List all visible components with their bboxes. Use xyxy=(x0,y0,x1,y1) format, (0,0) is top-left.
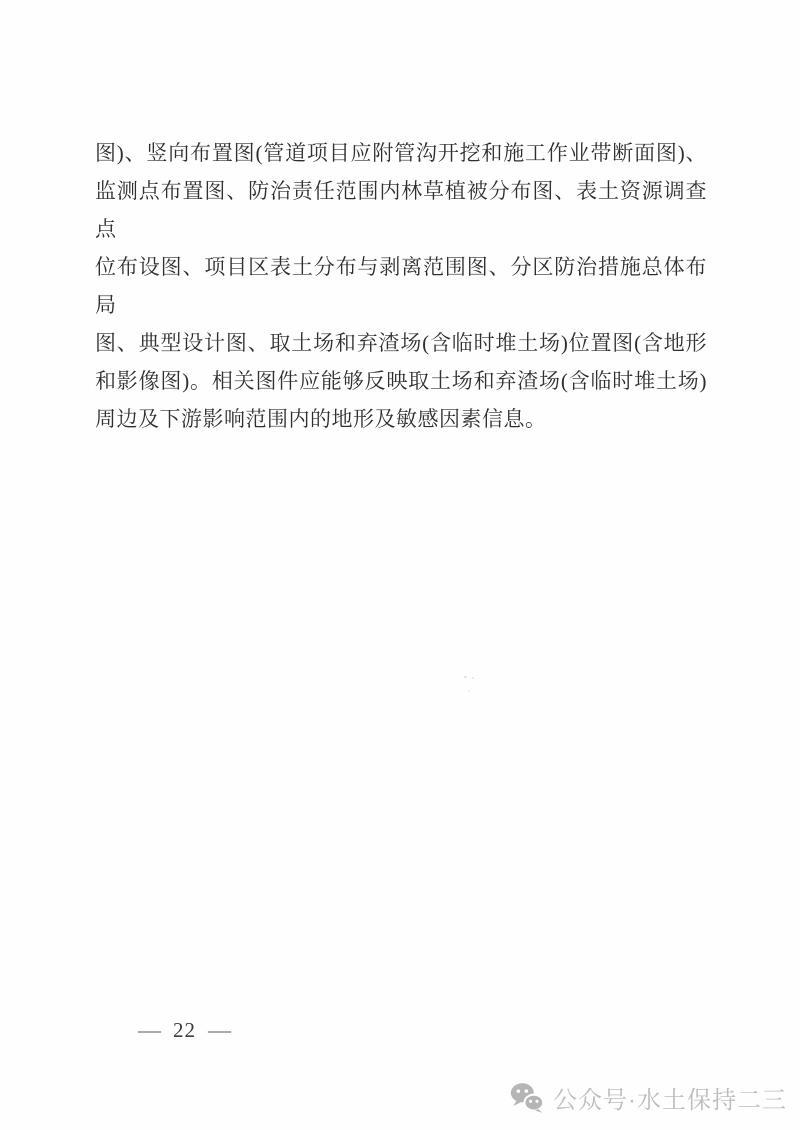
page-number-dash-left: — xyxy=(138,1018,161,1043)
wechat-watermark: 公众号·水土保持二三 xyxy=(510,1080,787,1115)
scan-speck xyxy=(464,676,467,678)
page-number: — 22 — xyxy=(139,1018,230,1043)
wechat-icon xyxy=(510,1082,544,1113)
page-number-value: 22 xyxy=(173,1018,196,1043)
paragraph-line-3: 位布设图、项目区表土分布与剥离范围图、分区防治措施总体布局 xyxy=(95,248,707,324)
paragraph-line-2: 监测点布置图、防治责任范围内林草植被分布图、表土资源调查点 xyxy=(95,172,707,248)
scan-speck xyxy=(472,677,474,679)
paragraph-line-6: 周边及下游影响范围内的地形及敏感因素信息。 xyxy=(95,400,707,438)
body-paragraph: 图)、竖向布置图(管道项目应附管沟开挖和施工作业带断面图)、 监测点布置图、防治… xyxy=(95,134,707,438)
paragraph-line-4: 图、典型设计图、取土场和弃渣场(含临时堆土场)位置图(含地形 xyxy=(95,324,707,362)
page-number-dash-right: — xyxy=(208,1018,231,1043)
watermark-label: 公众号·水土保持二三 xyxy=(553,1080,787,1115)
paragraph-line-5: 和影像图)。相关图件应能够反映取土场和弃渣场(含临时堆土场) xyxy=(95,362,707,400)
scan-speck xyxy=(468,690,470,692)
paragraph-line-1: 图)、竖向布置图(管道项目应附管沟开挖和施工作业带断面图)、 xyxy=(95,134,707,172)
document-page: 图)、竖向布置图(管道项目应附管沟开挖和施工作业带断面图)、 监测点布置图、防治… xyxy=(0,0,800,1130)
